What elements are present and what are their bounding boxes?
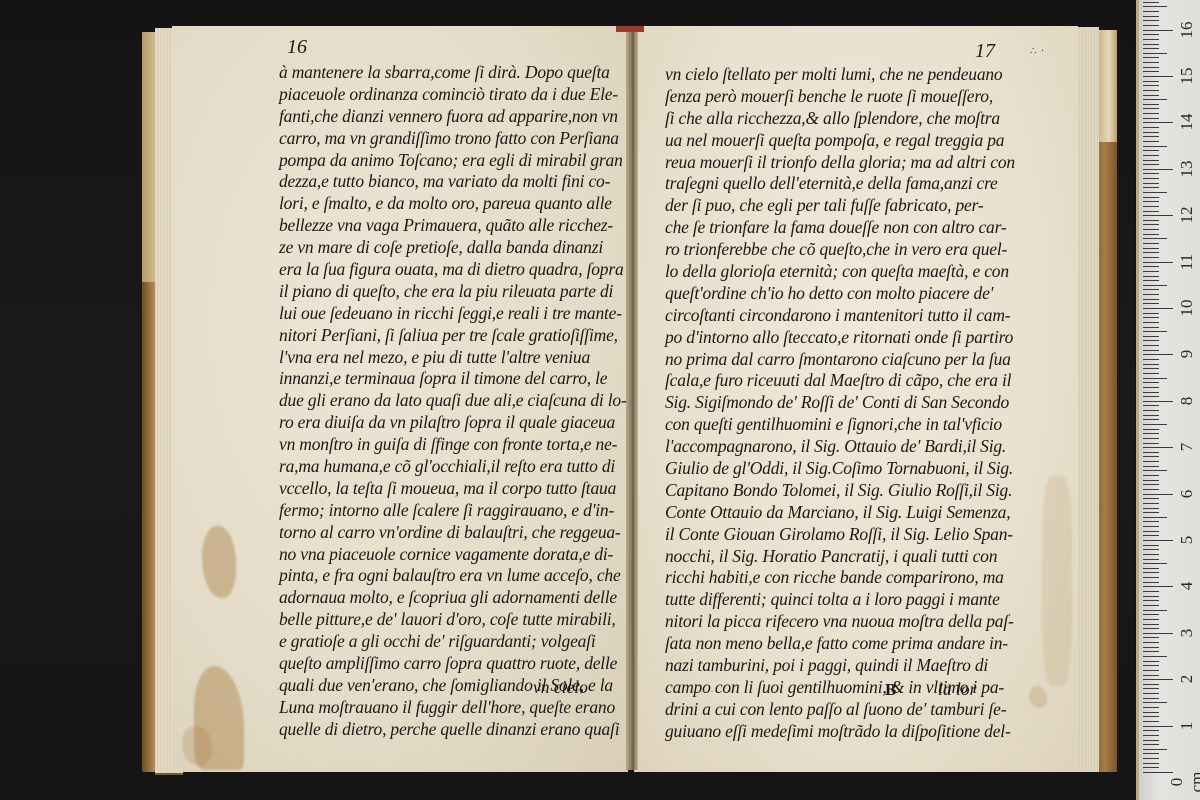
ruler-tick (1143, 447, 1173, 448)
foxing-spot (1042, 476, 1072, 686)
ruler-tick (1143, 271, 1159, 272)
text-line: bellezze vna vaga Primauera, quãto alle … (279, 215, 627, 237)
ruler-tick (1143, 651, 1159, 652)
ruler-tick (1143, 749, 1167, 750)
ruler-tick (1143, 582, 1159, 583)
ruler-tick (1143, 753, 1159, 754)
text-line: circoſtanti circondarono i mantenitori t… (665, 305, 1015, 327)
ruler-tick (1143, 549, 1159, 550)
ruler-tick (1143, 419, 1159, 420)
text-line: lori, e ſmalto, e da molto oro, pareua q… (279, 193, 627, 215)
ruler-tick (1143, 303, 1159, 304)
ruler-tick (1143, 48, 1159, 49)
ruler-tick (1143, 317, 1159, 318)
ruler-tick (1143, 155, 1159, 156)
ruler-tick (1143, 350, 1159, 351)
ruler-tick (1143, 146, 1167, 147)
ruler-tick (1143, 670, 1159, 671)
ruler-label: 11 (1177, 248, 1197, 276)
text-line: nocchi, il Sig. Horatio Pancratij, i qua… (665, 546, 1015, 568)
ruler-tick (1143, 53, 1167, 54)
water-stain (202, 526, 236, 598)
faint-mark-left: · · · · · (276, 682, 317, 697)
ruler-tick (1143, 716, 1159, 717)
text-line: torno al carro vn'ordine di balauſtri, c… (279, 522, 627, 544)
ruler-tick (1143, 127, 1159, 128)
ruler-tick (1143, 494, 1173, 495)
right-page-stack (1075, 27, 1099, 772)
ruler-tick (1143, 136, 1159, 137)
ruler-tick (1143, 95, 1159, 96)
ruler-tick (1143, 517, 1167, 518)
ruler-tick (1143, 758, 1159, 759)
text-line: ze vn mare di coſe pretioſe, dalla banda… (279, 237, 627, 259)
right-cover-edge (1097, 30, 1117, 772)
ruler-tick (1143, 563, 1167, 564)
book-gutter (626, 28, 638, 770)
ruler-tick (1143, 521, 1159, 522)
ruler-tick (1143, 628, 1159, 629)
ruler-tick (1143, 730, 1159, 731)
ruler-tick (1143, 526, 1159, 527)
ruler-tick (1143, 698, 1159, 699)
ruler-tick (1143, 726, 1173, 727)
ruler-tick (1143, 382, 1159, 383)
ruler-tick (1143, 572, 1159, 573)
ruler-tick (1143, 438, 1159, 439)
ruler-tick (1143, 624, 1159, 625)
text-line: quelle di dietro, perche quelle dinanzi … (279, 719, 627, 741)
ruler-tick (1143, 113, 1159, 114)
text-line: ſenza però mouerſi benche le ruote ſi mo… (665, 86, 1015, 108)
ruler-tick (1143, 684, 1159, 685)
ruler-tick (1143, 257, 1159, 258)
ruler-tick (1143, 201, 1159, 202)
ruler-tick (1143, 405, 1159, 406)
right-cover-cap (1097, 30, 1117, 142)
ruler-label: 14 (1177, 108, 1197, 136)
ruler-tick (1143, 266, 1159, 267)
ruler-label: 12 (1177, 201, 1197, 229)
ruler-tick (1143, 327, 1159, 328)
text-line: vn monſtro in guiſa di ſfinge con fronte… (279, 434, 627, 456)
ruler-tick (1143, 665, 1159, 666)
ruler-tick (1143, 596, 1159, 597)
ruler-tick (1143, 475, 1159, 476)
ruler-tick (1143, 322, 1159, 323)
ruler-tick (1143, 688, 1159, 689)
ruler-tick (1143, 276, 1159, 277)
text-line: queſt'ordine ch'io ho detto con molto pi… (665, 283, 1015, 305)
ruler-tick (1143, 378, 1167, 379)
text-line: l'accompagnarono, il Sig. Ottauio de' Ba… (665, 436, 1015, 458)
ruler-label: 9 (1177, 340, 1197, 368)
ruler-tick (1143, 359, 1159, 360)
ruler-tick (1143, 132, 1159, 133)
ruler-tick (1143, 396, 1159, 397)
page-number-right: 17 (975, 40, 995, 63)
ruler-tick (1143, 44, 1159, 45)
ruler-tick (1143, 160, 1159, 161)
text-line: Sig. Sigiſmondo de' Roſſi de' Conti di S… (665, 392, 1015, 414)
ruler-tick (1143, 429, 1159, 430)
ruler-tick (1143, 30, 1173, 31)
ruler-tick (1143, 559, 1159, 560)
text-line: Capitano Bondo Tolomei, il Sig. Giulio R… (665, 480, 1015, 502)
ruler-tick (1143, 252, 1159, 253)
ruler-tick (1143, 248, 1159, 249)
ruler-label: 6 (1177, 480, 1197, 508)
ruler-tick (1143, 2, 1159, 3)
ruler-tick (1143, 220, 1159, 221)
text-line: ſcala,e furo riceuuti dal Maeſtro di cãp… (665, 370, 1015, 392)
ruler-tick (1143, 415, 1159, 416)
text-line: à mantenere la sbarra,come ſi dirà. Dopo… (279, 62, 627, 84)
ruler-tick (1143, 642, 1159, 643)
ruler-tick (1143, 387, 1159, 388)
ruler-tick (1143, 313, 1159, 314)
text-line: drini a cui con lento paſſo al ſuono de'… (665, 699, 1015, 721)
ruler-tick (1143, 661, 1159, 662)
text-line: Conte Ottauio da Marciano, il Sig. Luigi… (665, 502, 1015, 524)
ruler-tick (1143, 57, 1159, 58)
ruler-tick (1143, 633, 1173, 634)
ruler-tick (1143, 610, 1167, 611)
ruler-tick (1143, 280, 1159, 281)
ruler-tick (1143, 122, 1173, 123)
ruler-tick (1143, 187, 1159, 188)
ruler-tick (1143, 6, 1167, 7)
ruler-tick (1143, 262, 1173, 263)
ruler-tick (1143, 466, 1159, 467)
ruler-tick (1143, 71, 1159, 72)
text-line: e gratioſe a gli occhi de' riſguardanti;… (279, 631, 627, 653)
ruler-label: 7 (1177, 433, 1197, 461)
text-line: pinta, e fra ogni balauſtro era vn lume … (279, 565, 627, 587)
ruler-tick (1143, 206, 1159, 207)
ruler-tick (1143, 368, 1159, 369)
ruler-tick (1143, 744, 1159, 745)
ruler-tick (1143, 656, 1167, 657)
ruler-tick (1143, 410, 1159, 411)
ruler-tick (1143, 721, 1159, 722)
ruler-tick (1143, 614, 1159, 615)
ruler-tick (1143, 707, 1159, 708)
ruler-label: 5 (1177, 526, 1197, 554)
ruler-tick (1143, 11, 1159, 12)
measuring-ruler: 0 cm12345678910111213141516 (1136, 0, 1200, 800)
text-line: po d'intorno allo ſteccato,e ritornati o… (665, 327, 1015, 349)
ruler-tick (1143, 702, 1167, 703)
text-line: nitori Perſiani, ſi ſaliua per tre ſcale… (279, 325, 627, 347)
text-line: ua nel mouerſi queſta pompoſa, e regal t… (665, 130, 1015, 152)
ruler-tick (1143, 401, 1173, 402)
ruler-label: 3 (1177, 619, 1197, 647)
text-line: reua mouerſi il trionfo della gloria; ma… (665, 152, 1015, 174)
text-line: fanti,che dianzi vennero fuora ad appari… (279, 106, 627, 128)
faint-mark-right: · · · · · (692, 684, 733, 699)
ruler-tick (1143, 197, 1159, 198)
text-line: Giulio de gl'Oddi, il Sig.Coſimo Tornabu… (665, 458, 1015, 480)
ruler-tick (1143, 554, 1159, 555)
ruler-tick (1143, 619, 1159, 620)
ruler-tick (1143, 512, 1159, 513)
text-line: carro, ma vn grandiſſimo trono fatto con… (279, 128, 627, 150)
ruler-tick (1143, 586, 1173, 587)
text-line: ſata non meno bella,e fatto come prima a… (665, 633, 1015, 655)
ruler-tick (1143, 679, 1173, 680)
text-line: fermo; intorno alle ſcalere ſi raggiraua… (279, 500, 627, 522)
water-stain (182, 726, 212, 766)
ruler-tick (1143, 104, 1159, 105)
ruler-label: 4 (1177, 572, 1197, 600)
signature-mark: B (885, 680, 896, 700)
ruler-tick (1143, 740, 1159, 741)
ruler-tick (1143, 503, 1159, 504)
ruler-tick (1143, 461, 1159, 462)
text-line: guiuano eſſi medeſimi moſtrãdo la diſpoſ… (665, 721, 1015, 743)
text-line: innanzi,e terminaua ſopra il timone del … (279, 368, 627, 390)
text-line: con queſti gentilhuomini e ſignori,che i… (665, 414, 1015, 436)
ruler-tick (1143, 763, 1159, 764)
text-line: ra,ma humana,e cõ gl'occhiali,il reſto e… (279, 456, 627, 478)
text-line: che ſe trionfare la fama doueſſe non con… (665, 217, 1015, 239)
ruler-tick (1143, 67, 1159, 68)
text-line: no vna piaceuole cornice vagamente dorat… (279, 544, 627, 566)
ruler-label: 8 (1177, 387, 1197, 415)
text-line: vn cielo ſtellato per molti lumi, che ne… (665, 64, 1015, 86)
ruler-tick (1143, 373, 1159, 374)
text-line: queſto ampliſſimo carro ſopra quattro ru… (279, 653, 627, 675)
ruler-label: 16 (1177, 16, 1197, 44)
ruler-tick (1143, 238, 1167, 239)
text-line: il piano di queſto, che era la piu rileu… (279, 281, 627, 303)
ruler-tick (1143, 568, 1159, 569)
text-line: ro trionferebbe che cõ queſto,che in ver… (665, 239, 1015, 261)
text-line: due gli erano da lato quaſi due ali,e ci… (279, 390, 627, 412)
ruler-tick (1143, 192, 1167, 193)
ruler-tick (1143, 141, 1159, 142)
ruler-tick (1143, 531, 1159, 532)
left-catchword: vn cielo (533, 677, 588, 698)
text-line: nazi tamburini, poi i paggi, quindi il M… (665, 655, 1015, 677)
ruler-tick (1143, 224, 1159, 225)
ruler-tick (1143, 178, 1159, 179)
ruler-tick (1143, 354, 1173, 355)
ruler-tick (1143, 34, 1159, 35)
text-line: vccello, la teſta ſi moueua, ma il corpo… (279, 478, 627, 500)
text-line: era la ſua figura ouata, ma di dietro qu… (279, 259, 627, 281)
left-page-text: à mantenere la sbarra,come ſi dirà. Dopo… (279, 62, 627, 741)
ruler-tick (1143, 484, 1159, 485)
ruler-label: 0 cm (1167, 768, 1200, 796)
ruler-tick (1143, 331, 1167, 332)
ruler-tick (1143, 605, 1159, 606)
text-line: lui oue ſedeuano in ricchi ſeggi,e reali… (279, 303, 627, 325)
ruler-tick (1143, 234, 1159, 235)
ruler-tick (1143, 480, 1159, 481)
ruler-tick (1143, 90, 1159, 91)
ruler-tick (1143, 735, 1159, 736)
text-line: lo della glorioſa eternità; con queſta m… (665, 261, 1015, 283)
ruler-tick (1143, 591, 1159, 592)
ruler-tick (1143, 675, 1159, 676)
ruler-tick (1143, 289, 1159, 290)
binding-thread (616, 26, 644, 32)
ruler-tick (1143, 535, 1159, 536)
ruler-tick (1143, 169, 1173, 170)
text-line: piaceuole ordinanza cominciò tirato da i… (279, 84, 627, 106)
ruler-tick (1143, 540, 1173, 541)
ruler-tick (1143, 16, 1159, 17)
ruler-tick (1143, 545, 1159, 546)
text-line: ricchi habiti,e con ricche bande compari… (665, 567, 1015, 589)
ruler-tick (1143, 99, 1167, 100)
text-line: no prima dal carro ſmontarono ciaſcuno p… (665, 349, 1015, 371)
text-line: tutte differenti; quinci tolta a i loro … (665, 589, 1015, 611)
text-line: pompa da animo Toſcano; era egli di mira… (279, 150, 627, 172)
ruler-tick (1143, 424, 1167, 425)
ruler-tick (1143, 243, 1159, 244)
ruler-tick (1143, 767, 1159, 768)
ruler-tick (1143, 25, 1159, 26)
ruler-tick (1143, 340, 1159, 341)
ruler-tick (1143, 577, 1159, 578)
ruler-tick (1143, 693, 1159, 694)
text-line: dezza,e tutto bianco, ma variato da molt… (279, 171, 627, 193)
ruler-tick (1143, 294, 1159, 295)
ruler-tick (1143, 229, 1159, 230)
text-line: l'vna era nel mezo, e piu di tutte l'alt… (279, 347, 627, 369)
ruler-tick (1143, 489, 1159, 490)
ruler-tick (1143, 150, 1159, 151)
ruler-tick (1143, 712, 1159, 713)
margin-mark: ∴ · (1030, 46, 1045, 57)
ruler-tick (1143, 164, 1159, 165)
ruler-tick (1143, 392, 1159, 393)
text-line: il Conte Giouan Girolamo Roſſi, il Sig. … (665, 524, 1015, 546)
ruler-tick (1143, 62, 1159, 63)
ruler-tick (1143, 600, 1159, 601)
ruler-label: 13 (1177, 155, 1197, 183)
text-line: belle pitture,e de' lauori d'oro, coſe t… (279, 609, 627, 631)
ruler-tick (1143, 498, 1159, 499)
ruler-tick (1143, 345, 1159, 346)
text-line: nitori la picca rifecero vna nuoua moſtr… (665, 611, 1015, 633)
ruler-tick (1143, 215, 1173, 216)
ruler-tick (1143, 299, 1159, 300)
text-line: ro era diuiſa da vn pilaſtro ſopra il qu… (279, 412, 627, 434)
text-line: traſegni quello dell'eternità,e della fa… (665, 173, 1015, 195)
ruler-tick (1143, 308, 1173, 309)
ruler-label: 10 (1177, 294, 1197, 322)
ruler-label: 1 (1177, 712, 1197, 740)
ruler-tick (1143, 285, 1167, 286)
foxing-spot (1029, 686, 1047, 708)
ruler-tick (1143, 364, 1159, 365)
ruler-tick (1143, 39, 1159, 40)
ruler-tick (1143, 433, 1159, 434)
ruler-tick (1143, 637, 1159, 638)
right-catchword: la lor (938, 679, 976, 700)
text-line: adornaua molto, e ſcopriua gli adornamen… (279, 587, 627, 609)
text-line: ſi che alla ricchezza,& allo ſplendore, … (665, 108, 1015, 130)
ruler-tick (1143, 118, 1159, 119)
ruler-tick (1143, 443, 1159, 444)
ruler-tick (1143, 20, 1159, 21)
ruler-tick (1143, 108, 1159, 109)
text-line: der ſi puo, che egli per tali fuſſe fabr… (665, 195, 1015, 217)
ruler-label: 15 (1177, 62, 1197, 90)
ruler-tick (1143, 452, 1159, 453)
ruler-tick (1143, 76, 1173, 77)
text-line: Luna moſtrauano il fuggir dell'hore, que… (279, 697, 627, 719)
ruler-tick (1143, 456, 1159, 457)
ruler-tick (1143, 173, 1159, 174)
ruler-tick (1143, 81, 1159, 82)
ruler-tick (1143, 183, 1159, 184)
ruler-tick (1143, 647, 1159, 648)
page-number-left: 16 (287, 36, 307, 59)
ruler-tick (1143, 85, 1159, 86)
ruler-tick (1143, 336, 1159, 337)
ruler-tick (1143, 470, 1167, 471)
right-page-text: vn cielo ſtellato per molti lumi, che ne… (665, 64, 1015, 743)
ruler-tick (1143, 211, 1159, 212)
ruler-label: 2 (1177, 665, 1197, 693)
photo-scene: 16 à mantenere la sbarra,come ſi dirà. D… (0, 0, 1200, 800)
ruler-tick (1143, 508, 1159, 509)
